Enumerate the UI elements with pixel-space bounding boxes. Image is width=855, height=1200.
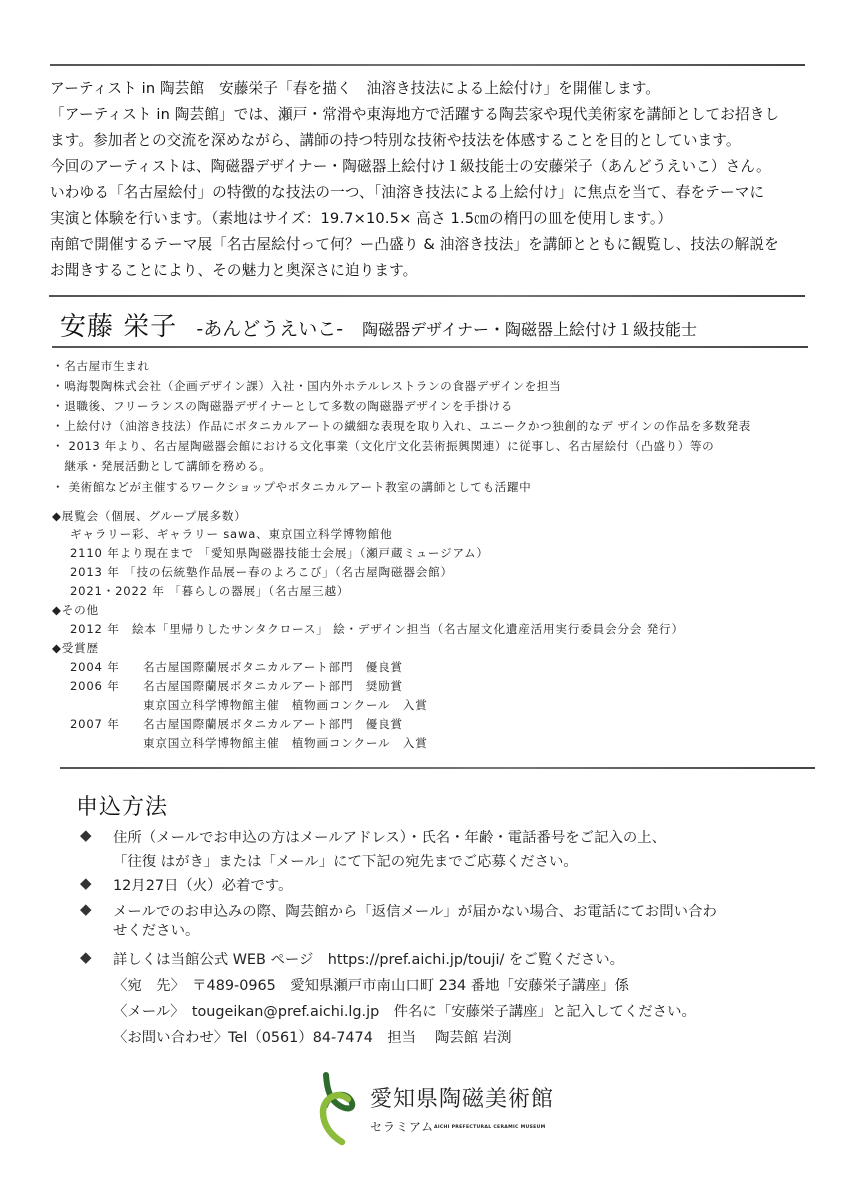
contact-address: 〈宛 先〉 〒489-0965 愛知県瀬戸市南山口町 234 番地「安藤栄子講座… [113, 974, 629, 995]
intro-line: ます。参加者との交流を深めながら、講師の持つ特別な技術や技法を体感することを目的… [50, 129, 741, 150]
bio-item: ・ 2013 年より、名古屋陶磁器会館における文化事業（文化庁文化芸術振興関連）… [52, 438, 714, 454]
bio-item: ・ 美術館などが主催するワークショップやボタニカルアート教室の講師としても活躍中 [52, 479, 531, 495]
awards-heading: ◆受賞歴 [52, 640, 99, 656]
award-text: 名古屋国際蘭展ボタニカルアート部門 優良賞 [143, 659, 403, 675]
other-item: 2012 年 絵本「里帰りしたサンタクロース」 絵・デザイン担当（名古屋文化遺産… [70, 621, 684, 637]
intro-line: 南館で開催するテーマ展「名古屋絵付って何？ー凸盛り & 油溶き技法」を講師ととも… [50, 233, 779, 254]
bio-item: ・退職後、フリーランスの陶磁器デザイナーとして多数の陶磁器デザインを手掛ける [52, 398, 513, 414]
apply-web-link[interactable]: 詳しくは当館公式 WEB ページ https://pref.aichi.jp/t… [113, 948, 624, 969]
other-heading: ◆その他 [52, 602, 99, 618]
intro-line: 「アーティスト in 陶芸館」では、瀬戸・常滑や東海地方で活躍する陶芸家や現代美… [50, 103, 779, 124]
artist-name-kana: -あんどうえいこ- [196, 318, 343, 340]
award-text: 名古屋国際蘭展ボタニカルアート部門 奨励賞 [143, 678, 403, 694]
top-divider [50, 64, 805, 66]
contact-email[interactable]: 〈メール〉 tougeikan@pref.aichi.lg.jp 件名に「安藤栄… [113, 1000, 696, 1021]
apply-text: 住所（メールでお申込の方はメールアドレス）・氏名・年齢・電話番号をご記入の上、 [113, 826, 666, 847]
contact-phone: 〈お問い合わせ〉Tel（0561）84-7474 担当 陶芸館 岩渕 [113, 1026, 512, 1047]
artist-name: 安藤 栄子 [60, 312, 177, 342]
bio-item: ・上絵付け（油溶き技法）作品にボタニカルアートの繊細な表現を取り入れ、ユニークか… [52, 418, 751, 434]
bio-item: ・鳴海製陶株式会社（企画デザイン課）入社・国内外ホテルレストランの食器デザインを… [52, 378, 561, 394]
apply-text: メールでのお申込みの際、陶芸館から「返信メール」が届かない場合、お電話にてお問い… [113, 900, 717, 921]
intro-line: アーティスト in 陶芸館 安藤栄子「春を描く 油溶き技法による上絵付け」を開催… [50, 77, 660, 98]
bio-item: ・名古屋市生まれ [52, 358, 150, 374]
bio-item: 継承・発展活動として講師を務める。 [52, 458, 272, 474]
diamond-bullet-icon: ◆ [80, 900, 92, 918]
apply-text: 「往復 はがき」または「メール」にて下記の宛先までご応募ください。 [113, 850, 578, 871]
intro-line: いわゆる「名古屋絵付」の特徴的な技法の一つ、「油溶き技法による上絵付け」に焦点を… [50, 181, 764, 202]
award-year: 2006 年 [70, 678, 120, 694]
museum-logo: 愛知県陶磁美術館 セラミアム AICHI PREFECTURAL CERAMIC… [318, 1072, 578, 1152]
apply-text: せください。 [113, 919, 199, 940]
profile-divider-top [49, 295, 805, 297]
apply-title: 申込方法 [76, 790, 168, 821]
exhibitions-heading: ◆展覧会（個展、グループ展多数） [52, 508, 247, 524]
award-year: 2004 年 [70, 659, 120, 675]
profile-header: 安藤 栄子 -あんどうえいこ- 陶磁器デザイナー・陶磁器上絵付け１級技能士 [60, 306, 697, 343]
award-text: 東京国立科学博物館主催 植物画コンクール 入賞 [143, 735, 428, 751]
exhibition-item: 2110 年より現在まで 「愛知県陶磁器技能士会展」（瀬戸蔵ミュージアム） [70, 545, 489, 561]
logo-subname: セラミアム [370, 1118, 434, 1135]
apply-divider [60, 767, 815, 769]
intro-line: 実演と体験を行います。（素地はサイズ：19.7×10.5× 高さ 1.5㎝の楕円… [50, 207, 672, 228]
profile-divider-bottom [52, 346, 808, 348]
exhibition-item: 2013 年 「技の伝統塾作品展ー春のよろこび」（名古屋陶磁器会館） [70, 564, 453, 580]
diamond-bullet-icon: ◆ [80, 874, 92, 892]
logo-swirl-icon [318, 1072, 358, 1148]
artist-title: 陶磁器デザイナー・陶磁器上絵付け１級技能士 [362, 320, 697, 339]
exhibition-item: 2021・2022 年 「暮らしの器展」（名古屋三越） [70, 583, 349, 599]
diamond-bullet-icon: ◆ [80, 826, 92, 844]
logo-name: 愛知県陶磁美術館 [370, 1082, 554, 1113]
apply-deadline: 12月27日（火）必着です。 [113, 874, 292, 895]
award-text: 名古屋国際蘭展ボタニカルアート部門 優良賞 [143, 716, 403, 732]
award-year: 2007 年 [70, 716, 120, 732]
intro-line: 今回のアーティストは、陶磁器デザイナー・陶磁器上絵付け１級技能士の安藤栄子（あん… [50, 155, 771, 176]
exhibition-item: ギャラリー彩、ギャラリー sawa、東京国立科学博物館他 [70, 526, 392, 542]
logo-english: AICHI PREFECTURAL CERAMIC MUSEUM [434, 1125, 545, 1130]
award-text: 東京国立科学博物館主催 植物画コンクール 入賞 [143, 697, 428, 713]
intro-line: お聞きすることにより、その魅力と奥深さに迫ります。 [50, 259, 417, 280]
diamond-bullet-icon: ◆ [80, 948, 92, 966]
